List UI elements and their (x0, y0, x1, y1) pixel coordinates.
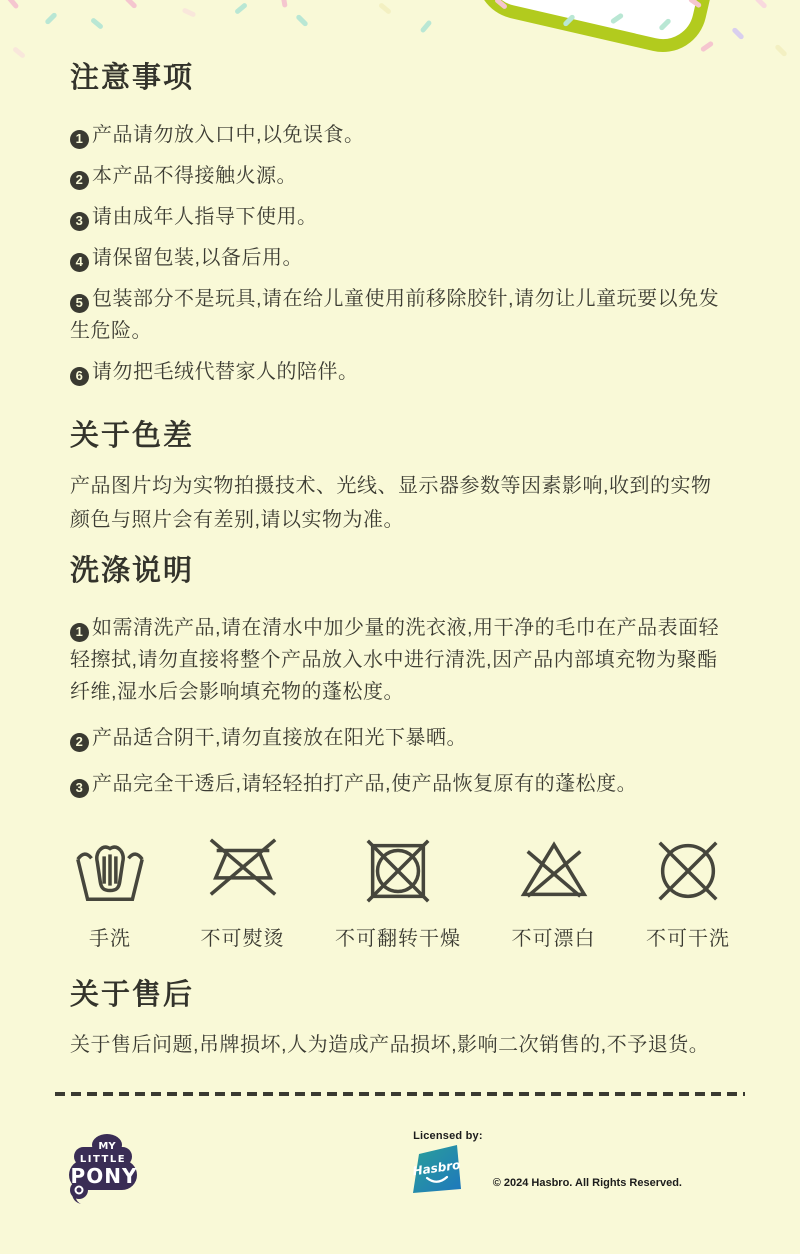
notice-text: 包装部分不是玩具,请在给儿童使用前移除胶针,请勿让儿童玩要以免发生危险。 (70, 288, 719, 342)
washing-item: 2产品适合阴干,请勿直接放在阳光下暴晒。 (70, 722, 730, 754)
item-number-badge: 1 (70, 623, 89, 642)
care-symbol-do-not-dry-clean: 不可干洗 (646, 832, 730, 951)
care-symbol-label: 手洗 (89, 922, 131, 951)
hand-wash-icon (70, 832, 150, 910)
section-washing: 洗涤说明 1如需清洗产品,请在清水中加少量的洗衣液,用干净的毛巾在产品表面轻轻擦… (70, 555, 730, 800)
care-symbol-label: 不可翻转干燥 (335, 922, 461, 951)
green-card-corner (468, 0, 723, 61)
notice-text: 请勿把毛绒代替家人的陪伴。 (92, 361, 359, 383)
notice-text: 产品请勿放入口中,以免误食。 (92, 124, 365, 146)
washing-item: 3产品完全干透后,请轻轻拍打产品,使产品恢复原有的蓬松度。 (70, 768, 730, 800)
section-notices: 注意事项 1产品请勿放入口中,以免误食。 2本产品不得接触火源。 3请由成年人指… (70, 62, 730, 388)
product-info-page: 注意事项 1产品请勿放入口中,以免误食。 2本产品不得接触火源。 3请由成年人指… (0, 0, 800, 1254)
care-symbol-label: 不可熨烫 (201, 922, 285, 951)
washing-text: 产品适合阴干,请勿直接放在阳光下暴晒。 (92, 727, 467, 749)
do-not-bleach-icon (514, 832, 594, 910)
footer: MY LITTLE PONY Licensed by: (63, 1130, 730, 1206)
after-sales-body: 关于售后问题,吊牌损坏,人为造成产品损坏,影响二次销售的,不予退货。 (70, 1028, 730, 1062)
mlp-line3: PONY (71, 1164, 138, 1188)
washing-item: 1如需清洗产品,请在清水中加少量的洗衣液,用干净的毛巾在产品表面轻轻擦拭,请勿直… (70, 612, 730, 708)
mlp-line1: MY (98, 1141, 116, 1152)
care-symbol-do-not-iron: 不可熨烫 (201, 832, 285, 951)
care-symbol-do-not-tumble-dry: 不可翻转干燥 (335, 832, 461, 951)
do-not-dry-clean-icon (648, 832, 728, 910)
notice-text: 本产品不得接触火源。 (92, 165, 297, 187)
notice-item: 6请勿把毛绒代替家人的陪伴。 (70, 356, 730, 388)
notice-item: 4请保留包装,以备后用。 (70, 242, 730, 274)
care-symbols-row: 手洗 不可熨烫 不可翻转干燥 (70, 832, 730, 951)
item-number-badge: 3 (70, 212, 89, 231)
do-not-iron-icon (203, 832, 283, 910)
item-number-badge: 1 (70, 130, 89, 149)
washing-text: 如需清洗产品,请在清水中加少量的洗衣液,用干净的毛巾在产品表面轻轻擦拭,请勿直接… (70, 617, 719, 703)
notice-item: 2本产品不得接触火源。 (70, 160, 730, 192)
after-sales-title: 关于售后 (70, 979, 730, 1012)
notice-item: 5包装部分不是玩具,请在给儿童使用前移除胶针,请勿让儿童玩要以免发生危险。 (70, 283, 730, 347)
notice-item: 3请由成年人指导下使用。 (70, 201, 730, 233)
licensed-by-label: Licensed by: (413, 1130, 483, 1142)
care-symbol-label: 不可漂白 (512, 922, 596, 951)
do-not-tumble-dry-icon (358, 832, 438, 910)
notices-title: 注意事项 (70, 62, 730, 95)
section-color-difference: 关于色差 产品图片均为实物拍摄技术、光线、显示器参数等因素影响,收到的实物颜色与… (70, 420, 730, 537)
dashed-divider (55, 1092, 745, 1096)
item-number-badge: 4 (70, 253, 89, 272)
item-number-badge: 6 (70, 367, 89, 386)
notice-text: 请由成年人指导下使用。 (92, 206, 318, 228)
item-number-badge: 3 (70, 779, 89, 798)
washing-title: 洗涤说明 (70, 555, 730, 588)
color-difference-title: 关于色差 (70, 420, 730, 453)
copyright-text: © 2024 Hasbro. All Rights Reserved. (493, 1177, 682, 1189)
my-little-pony-logo: MY LITTLE PONY (63, 1130, 141, 1206)
notice-item: 1产品请勿放入口中,以免误食。 (70, 119, 730, 151)
item-number-badge: 5 (70, 294, 89, 313)
license-block: Licensed by: Hasbro © 2024 Hasbro (413, 1130, 682, 1195)
section-after-sales: 关于售后 关于售后问题,吊牌损坏,人为造成产品损坏,影响二次销售的,不予退货。 (70, 979, 730, 1062)
item-number-badge: 2 (70, 171, 89, 190)
color-difference-body: 产品图片均为实物拍摄技术、光线、显示器参数等因素影响,收到的实物颜色与照片会有差… (70, 469, 730, 537)
notice-text: 请保留包装,以备后用。 (92, 247, 303, 269)
care-symbol-label: 不可干洗 (646, 922, 730, 951)
item-number-badge: 2 (70, 733, 89, 752)
care-symbol-do-not-bleach: 不可漂白 (512, 832, 596, 951)
hasbro-logo: Hasbro (413, 1145, 461, 1195)
care-symbol-hand-wash: 手洗 (70, 832, 150, 951)
washing-text: 产品完全干透后,请轻轻拍打产品,使产品恢复原有的蓬松度。 (92, 773, 637, 795)
